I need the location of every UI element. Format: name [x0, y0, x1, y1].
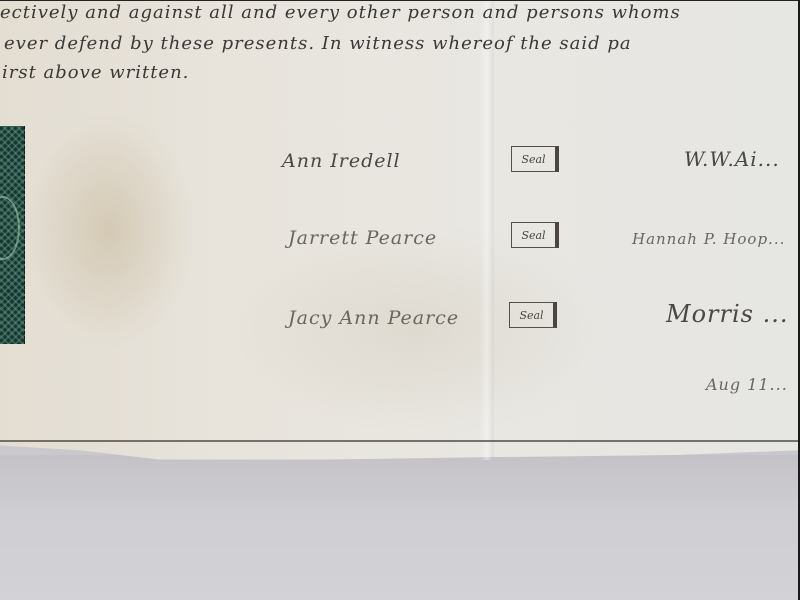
- witness-2: Hannah P. Hoop...: [632, 230, 785, 248]
- signature-jarrett-pearce: Jarrett Pearce: [288, 227, 437, 249]
- witness-3: Morris ...: [666, 300, 788, 328]
- seal-box: Seal: [509, 302, 557, 328]
- table-surface: [0, 455, 800, 600]
- body-line-2: ever defend by these presents. In witnes…: [4, 33, 632, 54]
- signature-jacy-ann-pearce: Jacy Ann Pearce: [288, 307, 459, 329]
- body-line-1: ectively and against all and every other…: [0, 2, 681, 23]
- paper-fold: [480, 0, 494, 460]
- body-line-3: irst above written.: [2, 62, 189, 83]
- date-fragment: Aug 11...: [706, 375, 788, 394]
- frame-edge-top: [0, 0, 800, 1]
- seal-box: Seal: [511, 146, 559, 172]
- stamp-emblem-icon: [0, 196, 20, 260]
- signature-ann-iredell: Ann Iredell: [282, 150, 401, 172]
- seal-box: Seal: [511, 222, 559, 248]
- bottom-rule-line: [0, 440, 800, 442]
- revenue-stamp: [0, 126, 25, 344]
- witness-1: W.W.Ai...: [684, 147, 780, 171]
